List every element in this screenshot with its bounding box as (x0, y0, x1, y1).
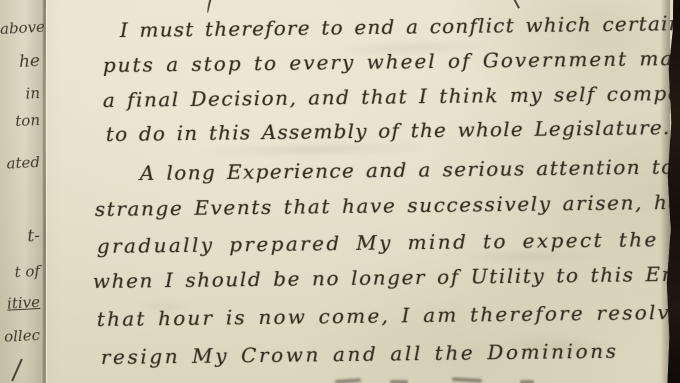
page-fold-line (44, 0, 46, 383)
manuscript-line: strange Events that have successively ar… (95, 190, 680, 221)
margin-fragment: ated (0, 153, 40, 173)
manuscript-line: puts a stop to every wheel of Government… (103, 46, 680, 77)
page-edge-shadow (660, 0, 670, 383)
manuscript-line: A long Experience and a serious attentio… (140, 154, 680, 185)
margin-fragment: ton (0, 111, 40, 131)
margin-fragment: in (0, 84, 40, 104)
manuscript-page: above he in ton ated t- t of itive ollec… (0, 0, 680, 383)
margin-fragment: above (0, 18, 40, 38)
manuscript-line: to do in this Assembly of the whole Legi… (106, 115, 671, 146)
next-line-peek (452, 377, 482, 383)
ink-stroke (11, 359, 23, 382)
margin-fragment: t of (0, 262, 40, 282)
ink-stroke (512, 0, 520, 9)
manuscript-line: a final Decision, and that I think my se… (103, 80, 680, 112)
left-margin-strip: above he in ton ated t- t of itive ollec (0, 0, 44, 383)
next-line-peek (335, 378, 361, 383)
manuscript-line: I must therefore to end a conflict which… (120, 11, 680, 42)
manuscript-line: resign My Crown and all the Dominions (101, 339, 619, 369)
margin-fragment: he (0, 51, 40, 73)
margin-fragment: itive (0, 293, 40, 313)
ink-stroke (206, 0, 212, 13)
margin-fragment: ollec (0, 326, 40, 346)
manuscript-line: when I should be no longer of Utility to… (93, 261, 680, 293)
margin-fragment: t- (0, 226, 40, 248)
